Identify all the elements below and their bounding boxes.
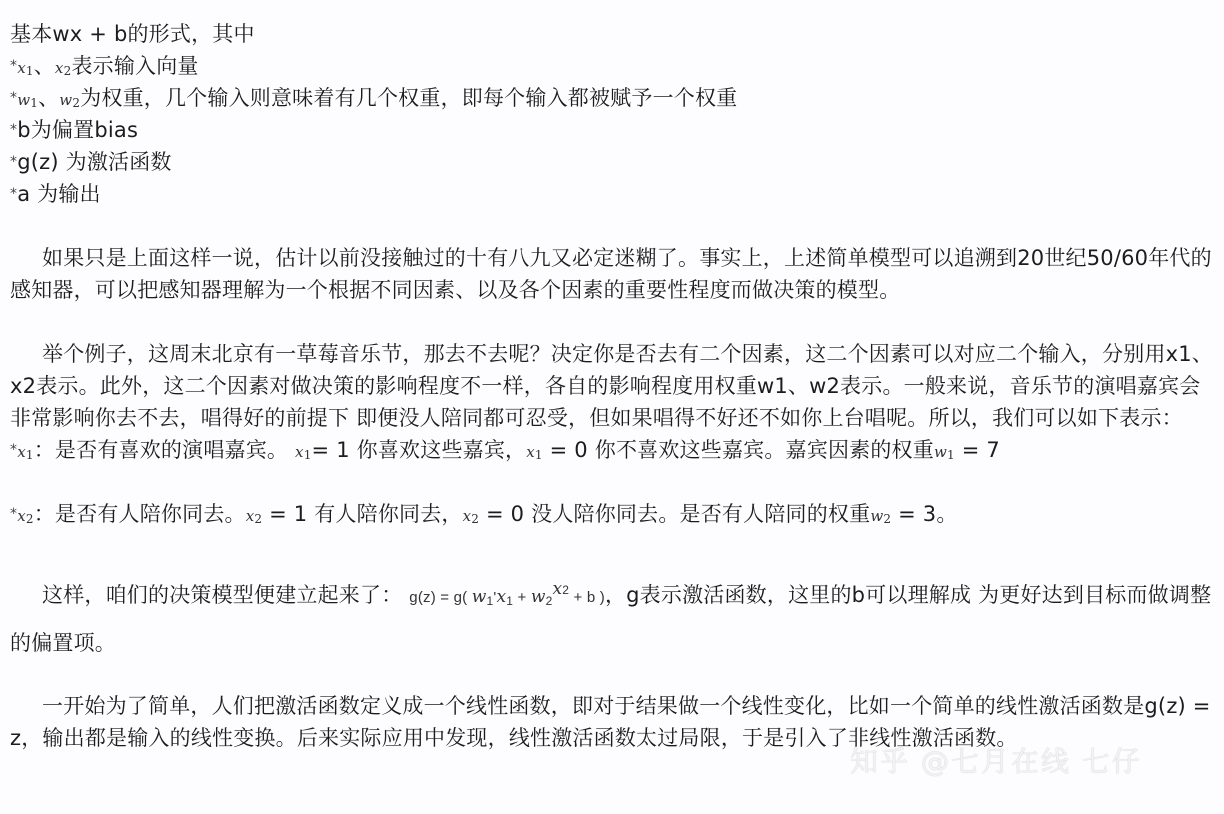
definition-output: *a 为输出 (10, 178, 1220, 210)
paragraph-activation: 一开始为了简单，人们把激活函数定义成一个线性函数，即对于结果做一个线性变化，比如… (10, 690, 1220, 754)
definition-text: 表示输入向量 (71, 54, 198, 78)
intro-line: 基本wx + b的形式，其中 (10, 18, 1220, 50)
spacer (10, 530, 1220, 568)
math-x2: x2 (55, 59, 72, 77)
paragraph-model: 这样，咱们的决策模型便建立起来了： g(z) = g( w1'x1 + w2x2… (10, 568, 1220, 664)
spacer (10, 210, 1220, 242)
factor-x2-line: *x2：是否有人陪你同去。x2 = 1 有人陪你同去，x2 = 0 没人陪你同去… (10, 498, 1220, 530)
model-lead: 这样，咱们的决策模型便建立起来了： (42, 583, 402, 607)
article-body: 基本wx + b的形式，其中 *x1、x2表示输入向量 *w1、w2为权重，几个… (10, 18, 1220, 754)
decision-formula: g(z) = g( w1'x1 + w2x2 + b ) (409, 589, 605, 606)
math-x2: x2 (246, 507, 263, 525)
spacer (10, 664, 1220, 690)
spacer (10, 306, 1220, 338)
math-x1: x1 (17, 59, 34, 77)
definition-weights: *w1、w2为权重，几个输入则意味着有几个权重，即每个输入都被赋予一个权重 (10, 82, 1220, 114)
math-x1: x1 (295, 443, 312, 461)
math-w1: w1 (17, 91, 38, 109)
paragraph-perceptron: 如果只是上面这样一说，估计以前没接触过的十有八九又必定迷糊了。事实上，上述简单模… (10, 242, 1220, 306)
paragraph-example: 举个例子，这周末北京有一草莓音乐节，那去不去呢？决定你是否去有二个因素，这二个因… (10, 338, 1220, 434)
math-x1: x1 (17, 443, 34, 461)
math-x1: x1 (526, 443, 543, 461)
math-x2: x2 (463, 507, 480, 525)
math-x2: x2 (17, 507, 34, 525)
definition-text: 为权重，几个输入则意味着有几个权重，即每个输入都被赋予一个权重 (80, 86, 737, 110)
definition-activation: *g(z) 为激活函数 (10, 146, 1220, 178)
math-w2: w2 (870, 507, 891, 525)
factor-x1-line: *x1：是否有喜欢的演唱嘉宾。 x1= 1 你喜欢这些嘉宾，x1 = 0 你不喜… (10, 434, 1220, 466)
definition-text: b为偏置bias (17, 118, 138, 142)
definition-bias: *b为偏置bias (10, 114, 1220, 146)
math-w1: w1 (934, 443, 955, 461)
definition-inputs: *x1、x2表示输入向量 (10, 50, 1220, 82)
definition-text: a 为输出 (17, 182, 101, 206)
spacer (10, 466, 1220, 498)
math-w2: w2 (59, 91, 80, 109)
definition-text: g(z) 为激活函数 (17, 150, 171, 174)
